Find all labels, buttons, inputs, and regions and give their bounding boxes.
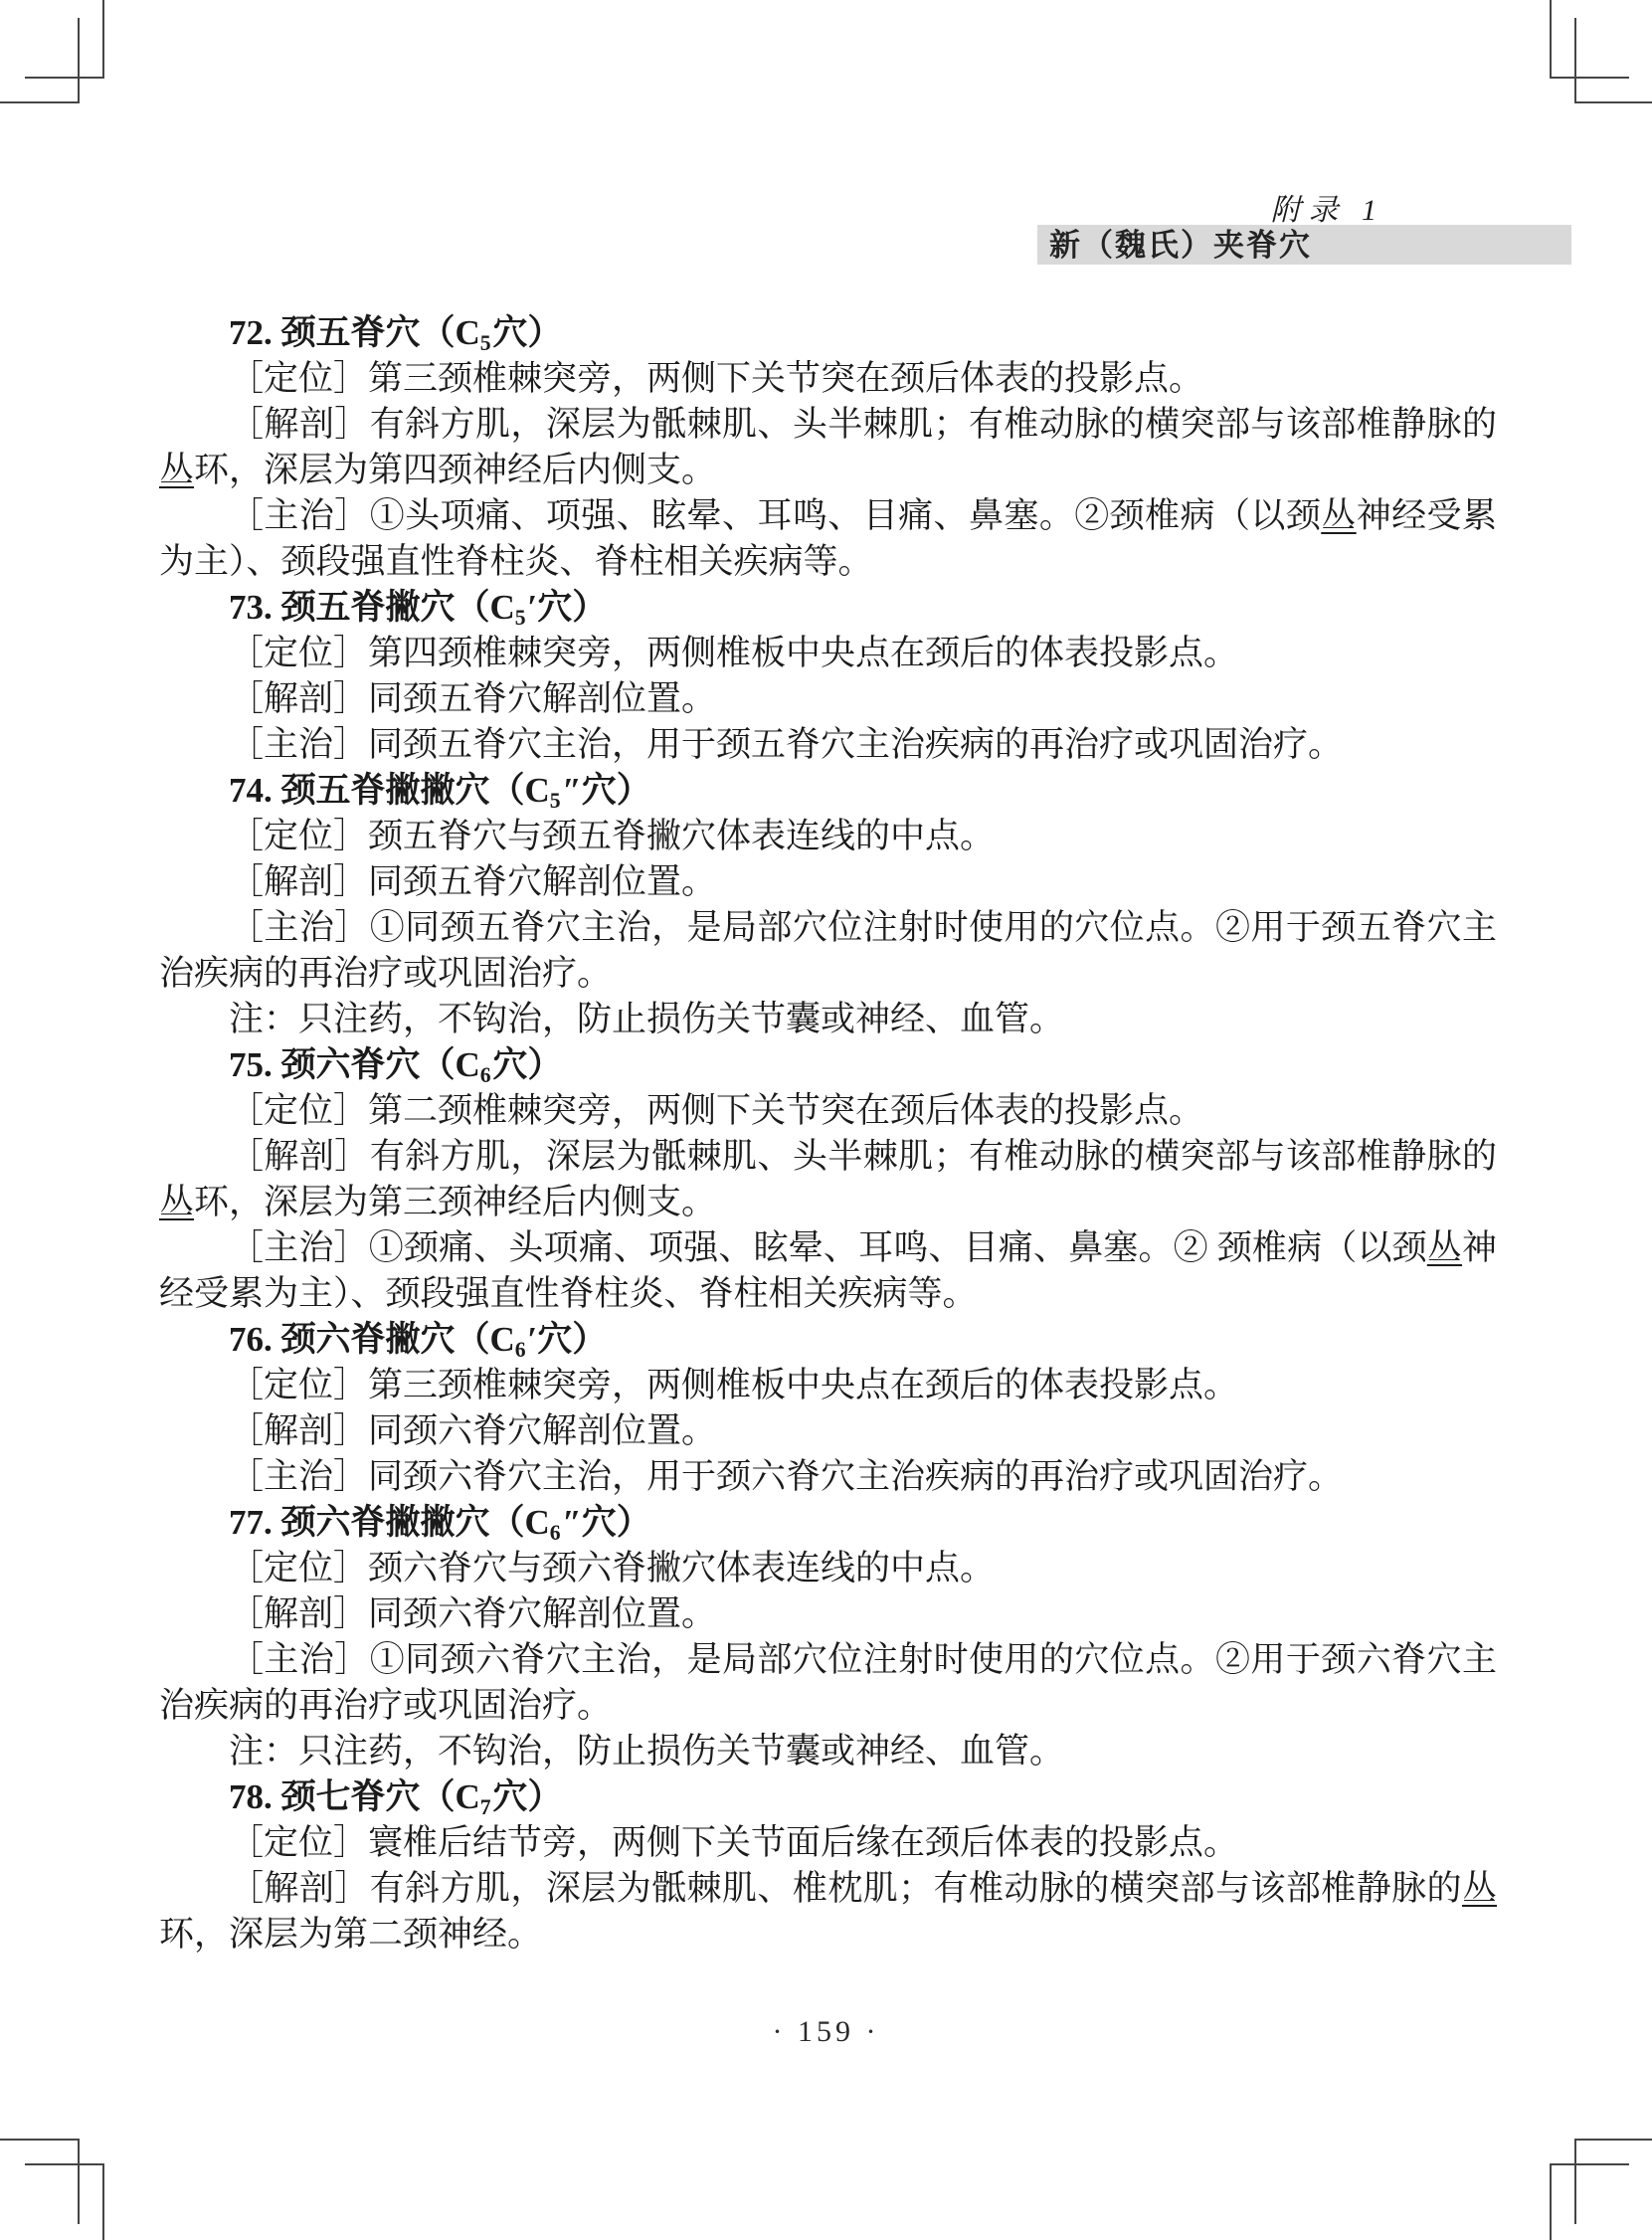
section-78-paragraph-1: ［定位］寰椎后结节旁，两侧下关节面后缘在颈后体表的投影点。: [159, 1820, 1497, 1866]
section-72-paragraph-3: ［主治］①头项痛、项强、眩晕、耳鸣、目痛、鼻塞。②颈椎病（以颈丛神经受累为主）、…: [159, 493, 1497, 585]
section-heading-72: 72. 颈五脊穴（C5穴）: [159, 310, 1497, 356]
text-run: ［解剖］同颈五脊穴解剖位置。: [229, 679, 716, 718]
text-run: 75. 颈六脊穴（C: [229, 1045, 480, 1084]
chapter-title: 新（魏氏）夹脊穴: [1037, 225, 1312, 266]
text-run: 穴）: [492, 1777, 562, 1816]
text-run: ［定位］颈五脊穴与颈五脊撇穴体表连线的中点。: [229, 817, 995, 855]
section-73-paragraph-3: ［主治］同颈五脊穴主治，用于颈五脊穴主治疾病的再治疗或巩固治疗。: [159, 722, 1497, 768]
text-run: ［主治］同颈五脊穴主治，用于颈五脊穴主治疾病的再治疗或巩固治疗。: [229, 725, 1343, 764]
text-run: 76. 颈六脊撇穴（C: [229, 1320, 515, 1359]
text-run: ［定位］第二颈椎棘突旁，两侧下关节突在颈后体表的投影点。: [229, 1091, 1203, 1130]
section-72-paragraph-1: ［定位］第三颈椎棘突旁，两侧下关节突在颈后体表的投影点。: [159, 356, 1497, 402]
subscript: 6: [550, 1521, 561, 1545]
section-78-paragraph-2: ［解剖］有斜方肌，深层为骶棘肌、椎枕肌；有椎动脉的横突部与该部椎静脉的丛环，深层…: [159, 1866, 1497, 1958]
text-run: ［定位］第三颈椎棘突旁，两侧椎板中央点在颈后的体表投影点。: [229, 1366, 1238, 1404]
document-body: 72. 颈五脊穴（C5穴）［定位］第三颈椎棘突旁，两侧下关节突在颈后体表的投影点…: [159, 310, 1497, 1958]
subscript: 7: [480, 1795, 491, 1819]
subscript: 5: [550, 789, 561, 813]
section-75-paragraph-2: ［解剖］有斜方肌，深层为骶棘肌、头半棘肌；有椎动脉的横突部与该部椎静脉的丛环，深…: [159, 1134, 1497, 1225]
section-76-paragraph-2: ［解剖］同颈六脊穴解剖位置。: [159, 1408, 1497, 1454]
chapter-title-bar: 新（魏氏）夹脊穴: [1037, 225, 1571, 265]
section-heading-76: 76. 颈六脊撇穴（C6′穴）: [159, 1317, 1497, 1363]
text-run: 注：只注药，不钩治，防止损伤关节囊或神经、血管。: [229, 1732, 1064, 1771]
text-run: 72. 颈五脊穴（C: [229, 313, 480, 352]
text-run: 注：只注药，不钩治，防止损伤关节囊或神经、血管。: [229, 1000, 1064, 1038]
section-74-paragraph-1: ［定位］颈五脊穴与颈五脊撇穴体表连线的中点。: [159, 814, 1497, 859]
section-76-paragraph-1: ［定位］第三颈椎棘突旁，两侧椎板中央点在颈后的体表投影点。: [159, 1363, 1497, 1408]
section-74-paragraph-3: ［主治］①同颈五脊穴主治，是局部穴位注射时使用的穴位点。②用于颈五脊穴主治疾病的…: [159, 905, 1497, 997]
underlined-text: 丛: [159, 1183, 194, 1221]
text-run: ［主治］①头项痛、项强、眩晕、耳鸣、目痛、鼻塞。②颈椎病（以颈: [229, 496, 1321, 535]
section-75-paragraph-1: ［定位］第二颈椎棘突旁，两侧下关节突在颈后体表的投影点。: [159, 1088, 1497, 1134]
text-run: 环，深层为第二颈神经。: [159, 1915, 542, 1954]
subscript: 6: [480, 1063, 491, 1087]
section-heading-75: 75. 颈六脊穴（C6穴）: [159, 1042, 1497, 1088]
text-run: ［定位］寰椎后结节旁，两侧下关节面后缘在颈后体表的投影点。: [229, 1823, 1238, 1862]
subscript: 6: [515, 1338, 526, 1362]
section-77-paragraph-3: ［主治］①同颈六脊穴主治，是局部穴位注射时使用的穴位点。②用于颈六脊穴主治疾病的…: [159, 1637, 1497, 1729]
text-run: ″穴）: [562, 771, 650, 810]
subscript: 5: [515, 606, 526, 630]
crop-mark-top-left-inner: [0, 18, 80, 103]
text-run: ［解剖］有斜方肌，深层为骶棘肌、椎枕肌；有椎动脉的横突部与该部椎静脉的: [229, 1869, 1462, 1908]
text-run: 环，深层为第三颈神经后内侧支。: [194, 1183, 716, 1221]
text-run: ［定位］第四颈椎棘突旁，两侧椎板中央点在颈后的体表投影点。: [229, 634, 1238, 672]
text-run: ［主治］①同颈五脊穴主治，是局部穴位注射时使用的穴位点。②用于颈五脊穴主治疾病的…: [159, 908, 1497, 993]
section-77-paragraph-4: 注：只注药，不钩治，防止损伤关节囊或神经、血管。: [159, 1729, 1497, 1774]
text-run: 73. 颈五脊撇穴（C: [229, 588, 515, 627]
underlined-text: 丛: [1321, 496, 1356, 535]
text-run: ′穴）: [527, 1320, 607, 1359]
section-72-paragraph-2: ［解剖］有斜方肌，深层为骶棘肌、头半棘肌；有椎动脉的横突部与该部椎静脉的丛环，深…: [159, 402, 1497, 493]
crop-mark-bottom-right-inner: [1574, 2139, 1652, 2224]
text-run: ［定位］第三颈椎棘突旁，两侧下关节突在颈后体表的投影点。: [229, 359, 1203, 398]
section-75-paragraph-3: ［主治］①颈痛、头项痛、项强、眩晕、耳鸣、目痛、鼻塞。② 颈椎病（以颈丛神经受累…: [159, 1225, 1497, 1317]
section-heading-77: 77. 颈六脊撇撇穴（C6″穴）: [159, 1500, 1497, 1546]
text-run: ″穴）: [562, 1503, 650, 1542]
subscript: 5: [480, 331, 491, 355]
crop-mark-top-right-inner: [1574, 18, 1652, 103]
appendix-label: 附录 1: [1271, 185, 1385, 229]
text-run: ［解剖］同颈五脊穴解剖位置。: [229, 862, 716, 901]
underlined-text: 丛: [159, 451, 194, 489]
text-run: ［解剖］有斜方肌，深层为骶棘肌、头半棘肌；有椎动脉的横突部与该部椎静脉的: [229, 1137, 1497, 1176]
underlined-text: 丛: [1427, 1228, 1462, 1267]
book-page: 附录 1 新（魏氏）夹脊穴 72. 颈五脊穴（C5穴）［定位］第三颈椎棘突旁，两…: [0, 0, 1652, 2240]
text-run: 穴）: [492, 313, 562, 352]
section-heading-74: 74. 颈五脊撇撇穴（C5″穴）: [159, 768, 1497, 814]
text-run: 环，深层为第四颈神经后内侧支。: [194, 451, 716, 489]
text-run: ［主治］①同颈六脊穴主治，是局部穴位注射时使用的穴位点。②用于颈六脊穴主治疾病的…: [159, 1640, 1497, 1725]
section-76-paragraph-3: ［主治］同颈六脊穴主治，用于颈六脊穴主治疾病的再治疗或巩固治疗。: [159, 1454, 1497, 1500]
text-run: ［解剖］同颈六脊穴解剖位置。: [229, 1411, 716, 1450]
text-run: 穴）: [492, 1045, 562, 1084]
text-run: 77. 颈六脊撇撇穴（C: [229, 1503, 550, 1542]
crop-mark-bottom-left-inner: [0, 2139, 80, 2224]
underlined-text: 丛: [1462, 1869, 1497, 1908]
text-run: ［解剖］有斜方肌，深层为骶棘肌、头半棘肌；有椎动脉的横突部与该部椎静脉的: [229, 405, 1497, 444]
section-73-paragraph-1: ［定位］第四颈椎棘突旁，两侧椎板中央点在颈后的体表投影点。: [159, 631, 1497, 676]
text-run: ′穴）: [527, 588, 607, 627]
text-run: 74. 颈五脊撇撇穴（C: [229, 771, 550, 810]
text-run: ［解剖］同颈六脊穴解剖位置。: [229, 1594, 716, 1633]
text-run: ［主治］同颈六脊穴主治，用于颈六脊穴主治疾病的再治疗或巩固治疗。: [229, 1457, 1343, 1496]
section-74-paragraph-4: 注：只注药，不钩治，防止损伤关节囊或神经、血管。: [159, 997, 1497, 1042]
page-number: · 159 ·: [0, 2015, 1652, 2049]
section-74-paragraph-2: ［解剖］同颈五脊穴解剖位置。: [159, 859, 1497, 905]
section-heading-78: 78. 颈七脊穴（C7穴）: [159, 1774, 1497, 1820]
text-run: 78. 颈七脊穴（C: [229, 1777, 480, 1816]
section-77-paragraph-2: ［解剖］同颈六脊穴解剖位置。: [159, 1591, 1497, 1637]
section-73-paragraph-2: ［解剖］同颈五脊穴解剖位置。: [159, 676, 1497, 722]
section-77-paragraph-1: ［定位］颈六脊穴与颈六脊撇穴体表连线的中点。: [159, 1546, 1497, 1591]
text-run: ［定位］颈六脊穴与颈六脊撇穴体表连线的中点。: [229, 1549, 995, 1587]
section-heading-73: 73. 颈五脊撇穴（C5′穴）: [159, 585, 1497, 631]
text-run: ［主治］①颈痛、头项痛、项强、眩晕、耳鸣、目痛、鼻塞。② 颈椎病（以颈: [229, 1228, 1427, 1267]
